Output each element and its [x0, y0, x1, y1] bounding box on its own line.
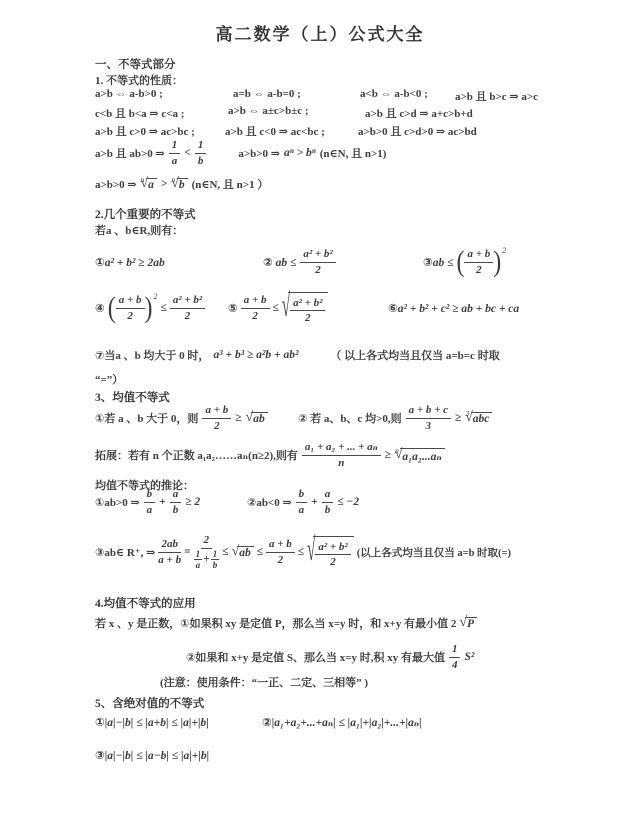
important-inequality-6: ⑥a² + b² + c² ≥ ab + bc + ca: [388, 300, 519, 316]
fraction: b a: [296, 488, 308, 515]
formula-math: aⁿ > bⁿ: [284, 147, 316, 159]
fraction: a² + b² 2: [170, 294, 205, 321]
fraction: a² + b² 2: [300, 248, 335, 275]
numerator: b: [296, 488, 308, 502]
numerator: 2ab: [158, 538, 181, 552]
formula-text: ⑦当a 、b 均大于 0 时，: [95, 347, 209, 363]
important-inequality-3: ③ab ≤ ( a + b 2 ) 2: [423, 240, 506, 284]
formula-text: ①若 a 、b 大于 0，则: [95, 410, 198, 426]
property-3-3: a>b>0 且 c>d>0 ⇒ ac>bd: [358, 123, 477, 139]
formula-text: ①ab>0 ⇒: [95, 496, 140, 509]
denominator: b: [173, 503, 179, 516]
radicand: b: [177, 178, 188, 191]
comparison-sign: <: [184, 147, 191, 159]
numerator: a₁ + a₂ + ... + aₙ: [302, 441, 381, 455]
parenthesized-group: ( a + b 2 ) 2: [456, 248, 506, 275]
denominator: 2: [315, 263, 321, 276]
corollary-2: ②ab<0 ⇒ b a + a b ≤ −2: [247, 486, 359, 518]
radical-sign: √: [282, 289, 290, 326]
mean-inequality-1: ①若 a 、b 大于 0，则 a + b 2 ≥ √ ab: [95, 402, 268, 434]
formula-math: ⑥a² + b² + c² ≥ ab + bc + ca: [388, 301, 519, 315]
denominator: 2: [252, 309, 258, 322]
property-2-3: a>b 且 c>d ⇒ a+c>b+d: [365, 105, 473, 121]
radicand: a² + b² 2: [288, 292, 328, 324]
formula-text: a>b>0 ⇒: [95, 178, 137, 191]
formula-math: ①|a|−|b| ≤ |a+b| ≤ |a|+|b|: [95, 715, 209, 729]
property-1-4: a>b 且 b>c ⇒ a>c: [455, 88, 538, 104]
comparison-sign: ≤: [257, 546, 263, 558]
absolute-value-inequality-2: ②|a₁+a₂+...+aₙ| ≤ |a₁|+|a₂|+...+|aₙ|: [262, 710, 422, 734]
fraction: a + b 2: [202, 404, 231, 431]
formula-text: ② 若 a、b、c 均>0,则: [298, 410, 402, 426]
denominator: 2: [127, 309, 133, 322]
denominator: 2: [305, 311, 311, 324]
fraction: 1 4: [449, 643, 461, 670]
formula-text: ②如果和 x+y 是定值 S、那么当 x=y 时,积 xy 有最大值: [186, 649, 445, 665]
equals-sign: =: [184, 546, 191, 558]
complex-denominator: 1 a + 1 b: [194, 549, 220, 570]
fraction: 1 b: [195, 139, 207, 166]
item-marker: ④: [95, 301, 105, 315]
radicand: ab: [237, 546, 254, 559]
item-marker: ⑤: [228, 301, 238, 315]
complex-fraction: 2 1 a + 1 b: [194, 534, 220, 569]
denominator: a: [196, 560, 201, 570]
property-2-2: a>b ⇔ a±c>b±c ;: [228, 105, 309, 117]
formula-math: ②|a₁+a₂+...+aₙ| ≤ |a₁|+|a₂|+...+|aₙ|: [262, 715, 422, 729]
plus-sign: +: [203, 553, 210, 566]
radical-sign: √: [307, 533, 315, 570]
property-1-1: a>b ⇔ a-b>0 ;: [95, 88, 163, 100]
fraction: a + b 2: [464, 248, 493, 275]
property-1-3: a<b ⇔ a-b<0 ;: [360, 88, 428, 100]
document-page: 高二数学（上）公式大全 一、不等式部分 1. 不等式的性质： a>b ⇔ a-b…: [0, 0, 640, 814]
important-inequality-2: ② ab ≤ a² + b² 2: [263, 244, 336, 280]
formula-nth-root: a>b>0 ⇒ n √ a > n √ b (n∈N, 且 n>1 ）: [95, 174, 268, 194]
numerator: a + b: [464, 248, 493, 262]
usage-note: (注意：使用条件：“一正、二定、三相等” ): [160, 674, 368, 690]
section-2-heading: 2.几个重要的不等式: [95, 206, 196, 222]
numerator: 1: [169, 139, 181, 153]
fraction: 1 a: [169, 139, 181, 166]
denominator: a: [172, 154, 178, 167]
section-4-heading: 4.均值不等式的应用: [95, 595, 196, 611]
radicand: a² + b² 2: [313, 536, 353, 568]
denominator: b: [213, 560, 218, 570]
absolute-value-inequality-3: ③|a|−|b| ≤ |a−b| ≤ |a|+|b|: [95, 743, 209, 767]
denominator: 2: [278, 553, 284, 566]
corollary-3: ③ab∈ R⁺, ⇒ 2ab a + b = 2 1 a + 1 b ≤ √: [95, 524, 511, 580]
comparison-sign: ≥: [235, 412, 241, 424]
fraction: a b: [170, 488, 182, 515]
square-root: √ ab: [246, 410, 268, 426]
formula-math: ② ab ≤: [263, 255, 296, 269]
section-1-heading: 一、不等式部分: [95, 56, 176, 72]
numerator: 2: [201, 534, 213, 548]
exponent: 2: [154, 292, 158, 301]
numerator: a + b: [116, 294, 145, 308]
fraction: b a: [144, 488, 156, 515]
comparison-sign: ≥: [385, 449, 391, 461]
fraction: 1 b: [211, 550, 220, 570]
fraction: a + b + c 3: [406, 404, 451, 431]
property-3-2: a>b 且 c<0 ⇒ ac<bc ;: [225, 123, 325, 139]
section-2-subheading: 若a 、b∈R,则有：: [95, 222, 183, 238]
section-5-heading: 5、含绝对值的不等式: [95, 695, 204, 711]
left-paren: (: [456, 247, 464, 277]
denominator: a + b: [158, 553, 181, 566]
root-index: n: [141, 175, 145, 184]
numerator: a + b + c: [406, 404, 451, 418]
plus-sign: +: [159, 496, 166, 508]
denominator: 2: [185, 309, 191, 322]
formula-math: a³ + b³ ≥ a²b + ab²: [213, 349, 298, 361]
formula-text: ②ab<0 ⇒: [247, 496, 292, 509]
comparison-sign: ≤: [298, 546, 304, 558]
denominator: b: [198, 154, 204, 167]
corollary-1: ①ab>0 ⇒ b a + a b ≥ 2: [95, 486, 200, 518]
formula-math: ③|a|−|b| ≤ |a−b| ≤ |a|+|b|: [95, 748, 209, 762]
formula-text: ③ab∈ R⁺, ⇒: [95, 546, 155, 559]
radicand: ab: [251, 412, 268, 425]
important-inequality-4: ④ ( a + b 2 ) 2 ≤ a² + b² 2: [95, 286, 205, 330]
square-root: √ P: [459, 615, 477, 631]
comparison-sign: >: [161, 178, 168, 190]
numerator: a² + b²: [290, 297, 325, 311]
numerator: a: [322, 488, 334, 502]
numerator: a² + b²: [300, 248, 335, 262]
square-root: √ a² + b² 2: [282, 292, 329, 324]
numerator: a² + b²: [170, 294, 205, 308]
comparison-sign: ≥: [455, 412, 461, 424]
radicand: a: [146, 178, 157, 191]
important-inequality-5: ⑤ a + b 2 ≤ √ a² + b² 2: [228, 286, 328, 330]
formula-math: ③ab ≤: [423, 255, 453, 269]
comparison-sign: ≤: [161, 302, 167, 314]
formula-text: 若 x 、y 是正数，①如果积 xy 是定值 P，那么当 x=y 时，和 x+y…: [95, 615, 456, 631]
parenthesized-group: ( a + b 2 ) 2: [108, 294, 158, 321]
numerator: 1: [449, 643, 461, 657]
numerator: 1: [194, 550, 203, 560]
fraction: a² + b² 2: [315, 541, 350, 568]
denominator: b: [325, 503, 331, 516]
denominator: 2: [476, 263, 482, 276]
equality-note-continued: “=”）: [95, 371, 123, 387]
numerator: a² + b²: [315, 541, 350, 555]
exponent: 2: [502, 246, 506, 255]
formula-reciprocal-power: a>b 且 ab>0 ⇒ 1 a < 1 b a>b>0 ⇒ aⁿ > bⁿ (…: [95, 138, 386, 168]
application-1: 若 x 、y 是正数，①如果积 xy 是定值 P，那么当 x=y 时，和 x+y…: [95, 612, 477, 634]
nth-root: n √ b: [171, 176, 187, 192]
formula-text: a>b 且 ab>0 ⇒: [95, 145, 165, 161]
property-1-2: a=b ⇔ a-b=0 ;: [233, 88, 301, 100]
formula-condition: (n∈N, 且 n>1 ）: [192, 176, 269, 192]
equality-note: (以上各式均当且仅当 a=b 时取(=): [357, 545, 511, 560]
formula-text: 拓展：若有 n 个正数 a₁a₂……aₙ(n≥2),则有: [95, 447, 298, 463]
denominator: 2: [330, 555, 336, 568]
radicand: a₁a₂...aₙ: [400, 448, 444, 463]
numerator: 1: [195, 139, 207, 153]
fraction: 1 a: [194, 550, 203, 570]
section-1-subheading: 1. 不等式的性质：: [95, 72, 183, 88]
root-index: 3: [465, 409, 469, 418]
radicand: P: [465, 617, 477, 630]
cube-root: 3 √ abc: [465, 410, 492, 426]
formula-condition: (n∈N, 且 n>1): [320, 145, 387, 161]
important-inequality-1: ①a² + b² ≥ 2ab: [95, 248, 165, 276]
mean-inequality-extension: 拓展：若有 n 个正数 a₁a₂……aₙ(n≥2),则有 a₁ + a₂ + .…: [95, 438, 445, 472]
plus-sign: +: [311, 496, 318, 508]
property-2-1: c<b 且 b<a ⇒ c<a ;: [95, 105, 184, 121]
square-root: √ ab: [232, 544, 254, 560]
formula-text: a>b>0 ⇒: [238, 147, 280, 160]
fraction: a b: [322, 488, 334, 515]
numerator: a: [170, 488, 182, 502]
fraction: a² + b² 2: [290, 297, 325, 324]
numerator: a + b: [202, 404, 231, 418]
left-paren: (: [108, 293, 116, 323]
comparison-sign: ≤: [222, 546, 228, 558]
denominator: a: [147, 503, 153, 516]
nth-root: n √ a₁a₂...aₙ: [395, 447, 445, 463]
nth-root: n √ a: [141, 176, 157, 192]
root-index: n: [171, 175, 175, 184]
formula-math: S²: [464, 651, 474, 663]
absolute-value-inequality-1: ①|a|−|b| ≤ |a+b| ≤ |a|+|b|: [95, 710, 209, 734]
formula-tail: ≤ −2: [337, 496, 359, 508]
denominator: 3: [426, 419, 432, 432]
denominator: 2: [214, 419, 220, 432]
comparison-sign: ≤: [273, 302, 279, 314]
fraction: a + b 2: [266, 538, 295, 565]
denominator: 4: [452, 658, 458, 671]
right-paren: ): [493, 247, 501, 277]
application-2: ②如果和 x+y 是定值 S、那么当 x=y 时,积 xy 有最大值 1 4 S…: [186, 641, 474, 673]
numerator: a + b: [266, 538, 295, 552]
square-root: √ a² + b² 2: [307, 536, 354, 568]
fraction: 2ab a + b: [158, 538, 181, 565]
formula-math: ①a² + b² ≥ 2ab: [95, 255, 165, 269]
denominator: n: [338, 456, 344, 469]
denominator: a: [299, 503, 305, 516]
fraction: a + b 2: [116, 294, 145, 321]
formula-tail: ≥ 2: [185, 496, 200, 508]
right-paren: ): [145, 293, 153, 323]
radicand: abc: [471, 412, 493, 425]
numerator: b: [144, 488, 156, 502]
root-index: n: [395, 446, 399, 455]
mean-inequality-2: ② 若 a、b、c 均>0,则 a + b + c 3 ≥ 3 √ abc: [298, 402, 492, 434]
document-title: 高二数学（上）公式大全: [0, 20, 640, 45]
important-inequality-7: ⑦当a 、b 均大于 0 时， a³ + b³ ≥ a²b + ab² （ 以上…: [95, 347, 500, 363]
fraction: a + b 2: [241, 294, 270, 321]
fraction: a₁ + a₂ + ... + aₙ n: [302, 441, 381, 468]
property-3-1: a>b 且 c>0 ⇒ ac>bc ;: [95, 123, 195, 139]
numerator: a + b: [241, 294, 270, 308]
numerator: 1: [211, 550, 220, 560]
equality-note: （ 以上各式均当且仅当 a=b=c 时取: [330, 347, 499, 363]
